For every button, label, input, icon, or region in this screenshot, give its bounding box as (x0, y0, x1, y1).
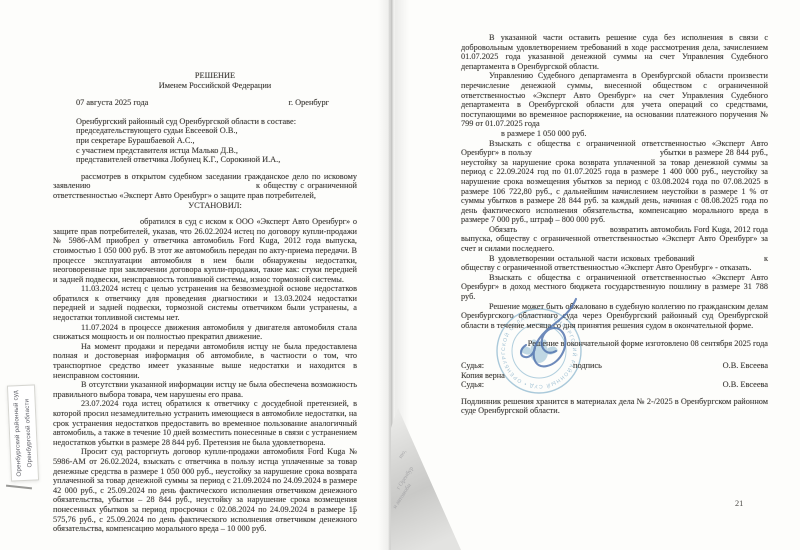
text-segment: О.В. Евсеева (723, 380, 768, 390)
side-stamp-line: Оренбургской области (22, 398, 34, 467)
date-place-line: 07 августа 2025 годаг. Оренбург (53, 98, 357, 108)
amount-line: в размере 1 050 000 руб. (461, 129, 768, 139)
pen-mark-artifact (6, 485, 32, 490)
body-paragraph: 11.07.2024 в процессе движения автомобил… (53, 323, 357, 342)
court-name-side-stamp: Оренбургский районный суд Оренбургской о… (7, 384, 39, 481)
left-page: РЕШЕНИЕИменем Российской Федерации07 авг… (0, 0, 390, 550)
resolution-paragraph: Управлению Судебного департамента в Орен… (461, 71, 768, 129)
decision-subtitle: Именем Российской Федерации (53, 81, 357, 91)
body-paragraph: Просит суд расторгнуть договор купли-про… (53, 447, 357, 533)
body-paragraph: обратился в суд с иском к ООО «Эксперт А… (53, 217, 357, 284)
copy-true-line: Копия верна (461, 371, 768, 381)
right-page-text: В указанной части оставить решение суда … (461, 0, 768, 416)
resolution-paragraph: В удовлетворении остальной части исковых… (461, 254, 768, 273)
resolution-paragraph: Обязать возвратить автомобиль Ford Kuga,… (461, 225, 768, 254)
left-page-text: РЕШЕНИЕИменем Российской Федерации07 авг… (53, 0, 357, 534)
ustanovil-heading: УСТАНОВИЛ: (53, 201, 357, 211)
scanned-court-decision: РЕШЕНИЕИменем Российской Федерации07 авг… (0, 0, 800, 550)
page-number: 1 (352, 507, 356, 517)
body-paragraph: В отсутствии указанной информации истцу … (53, 380, 357, 399)
text-segment: г. Оренбург (289, 98, 329, 108)
court-composition-line: при секретаре Бурашбаевой А.С., (53, 136, 357, 146)
judge-signature-row: Судья:подписьО.В. Евсеева (461, 361, 768, 371)
case-intro-paragraph: рассмотрев в открытом судебном заседании… (53, 172, 357, 201)
text-segment: подпись (573, 361, 723, 371)
body-paragraph: 11.03.2024 истец с целью устранения на б… (53, 284, 357, 322)
decision-title: РЕШЕНИЕ (53, 71, 357, 81)
court-composition-line: с участием представителя истца Малько Д.… (53, 146, 357, 156)
judge-signature-row: Судья:О.В. Евсеева (461, 380, 768, 390)
page-number: 21 (735, 499, 743, 509)
court-composition-line: Оренбургский районный суд Оренбургской о… (53, 117, 357, 127)
appeal-paragraph: Решение может быть обжаловано в судебную… (461, 302, 768, 331)
body-paragraph: На момент продажи и передачи автомобиля … (53, 342, 357, 380)
final-form-date-line: Решение в окончательной форме изготовлен… (461, 339, 768, 349)
resolution-paragraph: Взыскать с общества с ограниченной ответ… (461, 273, 768, 302)
court-composition-line: представителей ответчика Лобунец К.Г., С… (53, 155, 357, 165)
page-fold-artifact: ию, г Оренбур и автомоби (391, 408, 461, 550)
resolution-paragraph: В указанной части оставить решение суда … (461, 33, 768, 71)
text-segment: О.В. Евсеева (723, 361, 768, 371)
body-paragraph: 23.07.2024 года истец обратился к ответч… (53, 399, 357, 447)
original-kept-paragraph: Подлинник решения хранится в материалах … (461, 397, 768, 416)
court-composition-line: председательствующего судьи Евсеевой О.В… (53, 126, 357, 136)
resolution-paragraph: Взыскать с общества с ограниченной ответ… (461, 139, 768, 225)
text-segment: 07 августа 2025 года (76, 98, 148, 108)
judge-signature (513, 294, 591, 382)
